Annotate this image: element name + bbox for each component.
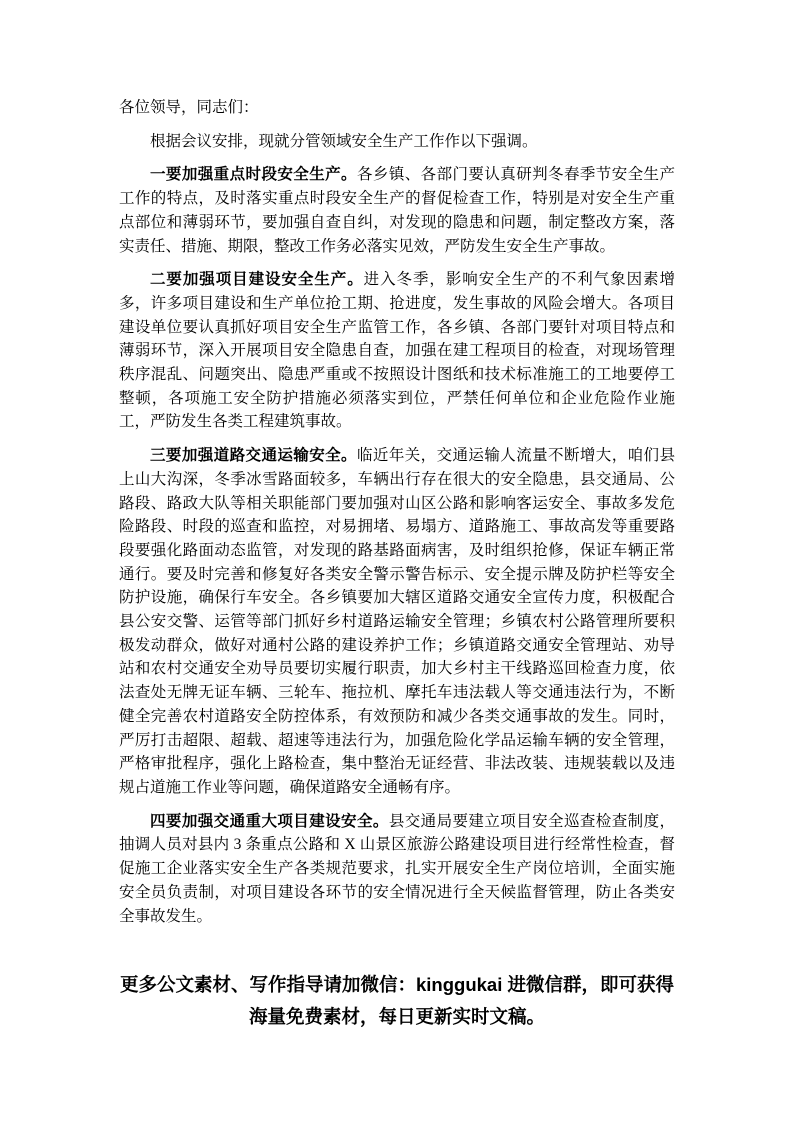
salutation-line: 各位领导，同志们： (119, 96, 675, 120)
intro-paragraph: 根据会议安排，现就分管领域安全生产工作作以下强调。 (119, 130, 675, 154)
section-paragraph-1: 一要加强重点时段安全生产。各乡镇、各部门要认真研判冬春季节安全生产工作的特点，及… (119, 163, 675, 258)
promo-footer-line1: 更多公文素材、写作指导请加微信：kinggukai 进微信群，即可获得 (119, 969, 675, 1001)
section-paragraph-2: 二要加强项目建设安全生产。进入冬季，影响安全生产的不利气象因素增多，许多项目建设… (119, 268, 675, 434)
section-paragraph-4: 四要加强交通重大项目建设安全。县交通局要建立项目安全巡查检查制度，抽调人员对县内… (119, 810, 675, 929)
section-4-heading: 四要加强交通重大项目建设安全。 (150, 813, 389, 830)
section-3-text: 临近年关，交通运输人流量不断增大，咱们县上山大沟深，冬季冰雪路面较多，车辆出行存… (119, 447, 675, 796)
section-2-text: 进入冬季，影响安全生产的不利气象因素增多，许多项目建设和生产单位抢工期、抢进度，… (119, 271, 675, 430)
section-3-heading: 三要加强道路交通运输安全。 (150, 447, 357, 464)
document-body: 各位领导，同志们： 根据会议安排，现就分管领域安全生产工作作以下强调。 一要加强… (119, 96, 675, 1033)
promo-footer-line2: 海量免费素材，每日更新实时文稿。 (119, 1001, 675, 1033)
section-2-heading: 二要加强项目建设安全生产。 (150, 271, 364, 288)
promo-footer: 更多公文素材、写作指导请加微信：kinggukai 进微信群，即可获得 海量免费… (119, 969, 675, 1033)
document-page: 各位领导，同志们： 根据会议安排，现就分管领域安全生产工作作以下强调。 一要加强… (0, 0, 793, 1122)
section-paragraph-3: 三要加强道路交通运输安全。临近年关，交通运输人流量不断增大，咱们县上山大沟深，冬… (119, 444, 675, 800)
section-1-heading: 一要加强重点时段安全生产。 (150, 166, 357, 183)
